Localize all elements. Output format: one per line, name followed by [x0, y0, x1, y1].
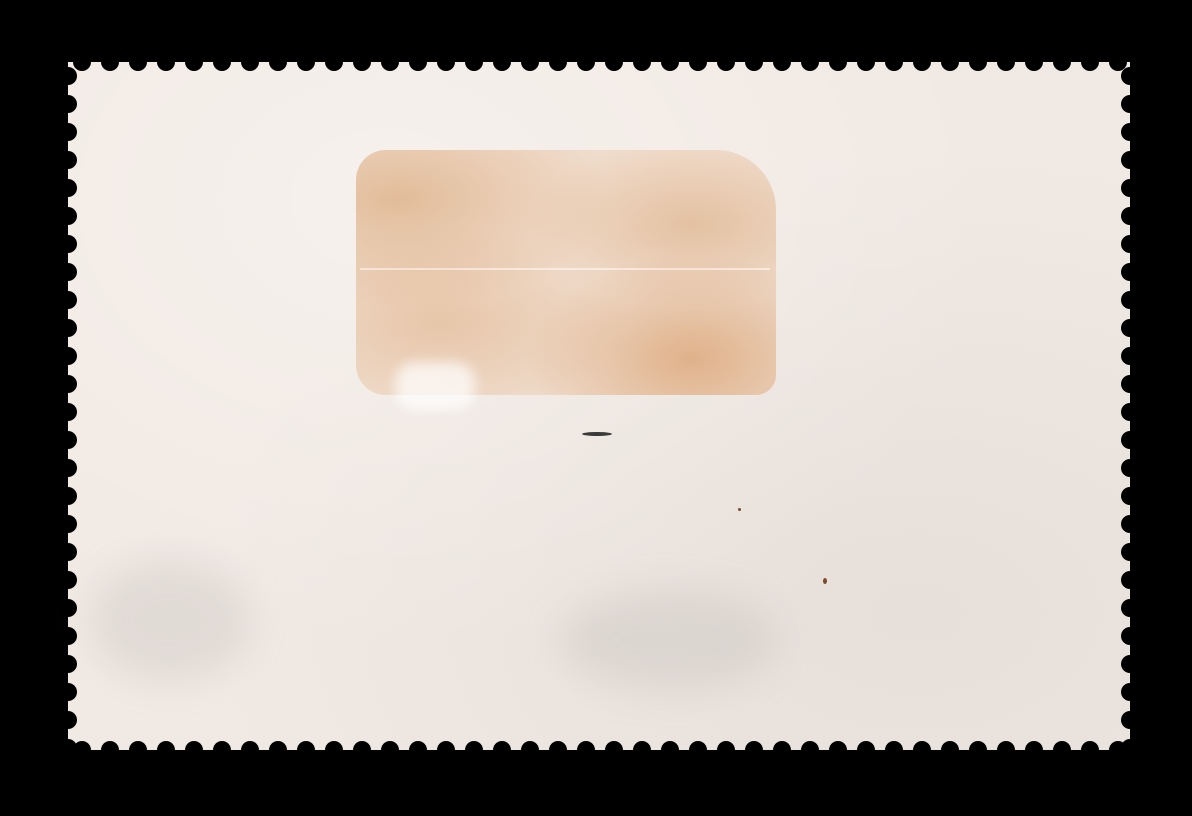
- perforation-hole: [59, 683, 77, 701]
- perforation-hole: [59, 655, 77, 673]
- perforation-hole: [1081, 741, 1099, 759]
- perforation-hole: [885, 53, 903, 71]
- perforation-hole: [59, 627, 77, 645]
- perforation-hole: [409, 741, 427, 759]
- perforation-hole: [73, 53, 91, 71]
- perforation-hole: [1121, 151, 1139, 169]
- perforation-hole: [661, 741, 679, 759]
- perforation-hole: [213, 741, 231, 759]
- perforation-hole: [59, 711, 77, 729]
- perforation-hole: [185, 741, 203, 759]
- perforation-hole: [59, 207, 77, 225]
- perforation-hole: [1121, 235, 1139, 253]
- perforation-hole: [129, 741, 147, 759]
- photo-background: [0, 0, 1192, 816]
- perforation-hole: [59, 431, 77, 449]
- perforation-hole: [59, 571, 77, 589]
- perforation-hole: [59, 515, 77, 533]
- perforation-hole: [59, 739, 77, 757]
- perforation-hole: [297, 741, 315, 759]
- perforation-hole: [101, 53, 119, 71]
- perforation-hole: [59, 375, 77, 393]
- perforation-hole: [745, 53, 763, 71]
- perforation-hole: [269, 53, 287, 71]
- perforation-hole: [1121, 179, 1139, 197]
- perforation-hole: [437, 53, 455, 71]
- perforation-hole: [157, 53, 175, 71]
- perforation-hole: [241, 741, 259, 759]
- perforation-hole: [493, 741, 511, 759]
- perforation-hole: [521, 741, 539, 759]
- hinge-fold: [360, 268, 770, 270]
- perforation-hole: [59, 319, 77, 337]
- perforation-hole: [1121, 95, 1139, 113]
- perforation-hole: [997, 53, 1015, 71]
- perforation-hole: [185, 53, 203, 71]
- perforation-hole: [1121, 739, 1139, 757]
- ink-fleck: [823, 578, 827, 584]
- perforation-hole: [381, 53, 399, 71]
- perforation-hole: [857, 741, 875, 759]
- perforation-hole: [969, 53, 987, 71]
- perforation-hole: [101, 741, 119, 759]
- perforation-hole: [465, 741, 483, 759]
- perforation-hole: [717, 53, 735, 71]
- perforation-hole: [549, 53, 567, 71]
- perforation-hole: [59, 151, 77, 169]
- perforation-hole: [941, 53, 959, 71]
- perforation-hole: [1121, 375, 1139, 393]
- perforation-hole: [829, 53, 847, 71]
- perforation-hole: [1121, 123, 1139, 141]
- perforation-hole: [59, 95, 77, 113]
- perforation-hole: [213, 53, 231, 71]
- perforation-hole: [1121, 319, 1139, 337]
- perforation-hole: [773, 741, 791, 759]
- perforation-hole: [1121, 515, 1139, 533]
- perforation-hole: [1121, 683, 1139, 701]
- perforation-hole: [717, 741, 735, 759]
- perforation-hole: [801, 53, 819, 71]
- perforation-hole: [1121, 711, 1139, 729]
- perforation-hole: [465, 53, 483, 71]
- paper-thin-spot: [395, 362, 475, 410]
- perforation-hole: [297, 53, 315, 71]
- perforation-hole: [1081, 53, 1099, 71]
- perforation-hole: [353, 53, 371, 71]
- perforation-hole: [689, 53, 707, 71]
- perforation-hole: [1025, 53, 1043, 71]
- perforation-hole: [605, 741, 623, 759]
- perforation-hole: [59, 67, 77, 85]
- perforation-hole: [633, 741, 651, 759]
- perforation-hole: [59, 459, 77, 477]
- perforation-hole: [1121, 571, 1139, 589]
- perforation-hole: [59, 123, 77, 141]
- perforation-hole: [59, 179, 77, 197]
- perforation-hole: [913, 53, 931, 71]
- perforation-hole: [1053, 53, 1071, 71]
- perforation-hole: [773, 53, 791, 71]
- perforation-hole: [1053, 741, 1071, 759]
- perforation-hole: [409, 53, 427, 71]
- perforation-hole: [59, 347, 77, 365]
- show-through-shadow: [560, 590, 780, 690]
- perforation-hole: [1025, 741, 1043, 759]
- perforation-hole: [997, 741, 1015, 759]
- perforation-hole: [633, 53, 651, 71]
- perforation-hole: [381, 741, 399, 759]
- perforation-hole: [59, 543, 77, 561]
- perforation-hole: [59, 599, 77, 617]
- perforation-hole: [689, 741, 707, 759]
- perforation-hole: [157, 741, 175, 759]
- perforation-hole: [241, 53, 259, 71]
- perforation-hole: [325, 741, 343, 759]
- perforation-hole: [577, 741, 595, 759]
- perforation-hole: [1121, 347, 1139, 365]
- perforation-hole: [59, 291, 77, 309]
- perforation-hole: [1121, 431, 1139, 449]
- perforation-hole: [493, 53, 511, 71]
- perforation-hole: [969, 741, 987, 759]
- perforation-hole: [801, 741, 819, 759]
- perforation-hole: [437, 741, 455, 759]
- perforation-hole: [1121, 627, 1139, 645]
- perforation-hole: [549, 741, 567, 759]
- perforation-hole: [59, 235, 77, 253]
- perforation-hole: [1121, 459, 1139, 477]
- perforation-hole: [1121, 543, 1139, 561]
- perforation-hole: [857, 53, 875, 71]
- perforation-hole: [661, 53, 679, 71]
- perforation-hole: [59, 487, 77, 505]
- perforation-hole: [941, 741, 959, 759]
- perforation-hole: [913, 741, 931, 759]
- ink-fleck: [582, 432, 612, 436]
- perforation-hole: [829, 741, 847, 759]
- perforation-hole: [745, 741, 763, 759]
- perforation-hole: [59, 263, 77, 281]
- ink-fleck: [738, 508, 741, 511]
- perforation-hole: [1121, 655, 1139, 673]
- perforation-hole: [1121, 403, 1139, 421]
- hinge-remnant: [356, 150, 776, 395]
- perforation-hole: [521, 53, 539, 71]
- perforation-hole: [1121, 291, 1139, 309]
- perforation-hole: [269, 741, 287, 759]
- perforation-hole: [129, 53, 147, 71]
- perforation-hole: [353, 741, 371, 759]
- perforation-hole: [1121, 207, 1139, 225]
- perforation-hole: [59, 403, 77, 421]
- perforation-hole: [1121, 67, 1139, 85]
- perforation-hole: [325, 53, 343, 71]
- perforation-hole: [605, 53, 623, 71]
- perforation-hole: [1121, 487, 1139, 505]
- perforation-hole: [1121, 599, 1139, 617]
- perforation-hole: [1121, 263, 1139, 281]
- perforation-hole: [577, 53, 595, 71]
- perforation-hole: [885, 741, 903, 759]
- show-through-shadow: [90, 560, 250, 680]
